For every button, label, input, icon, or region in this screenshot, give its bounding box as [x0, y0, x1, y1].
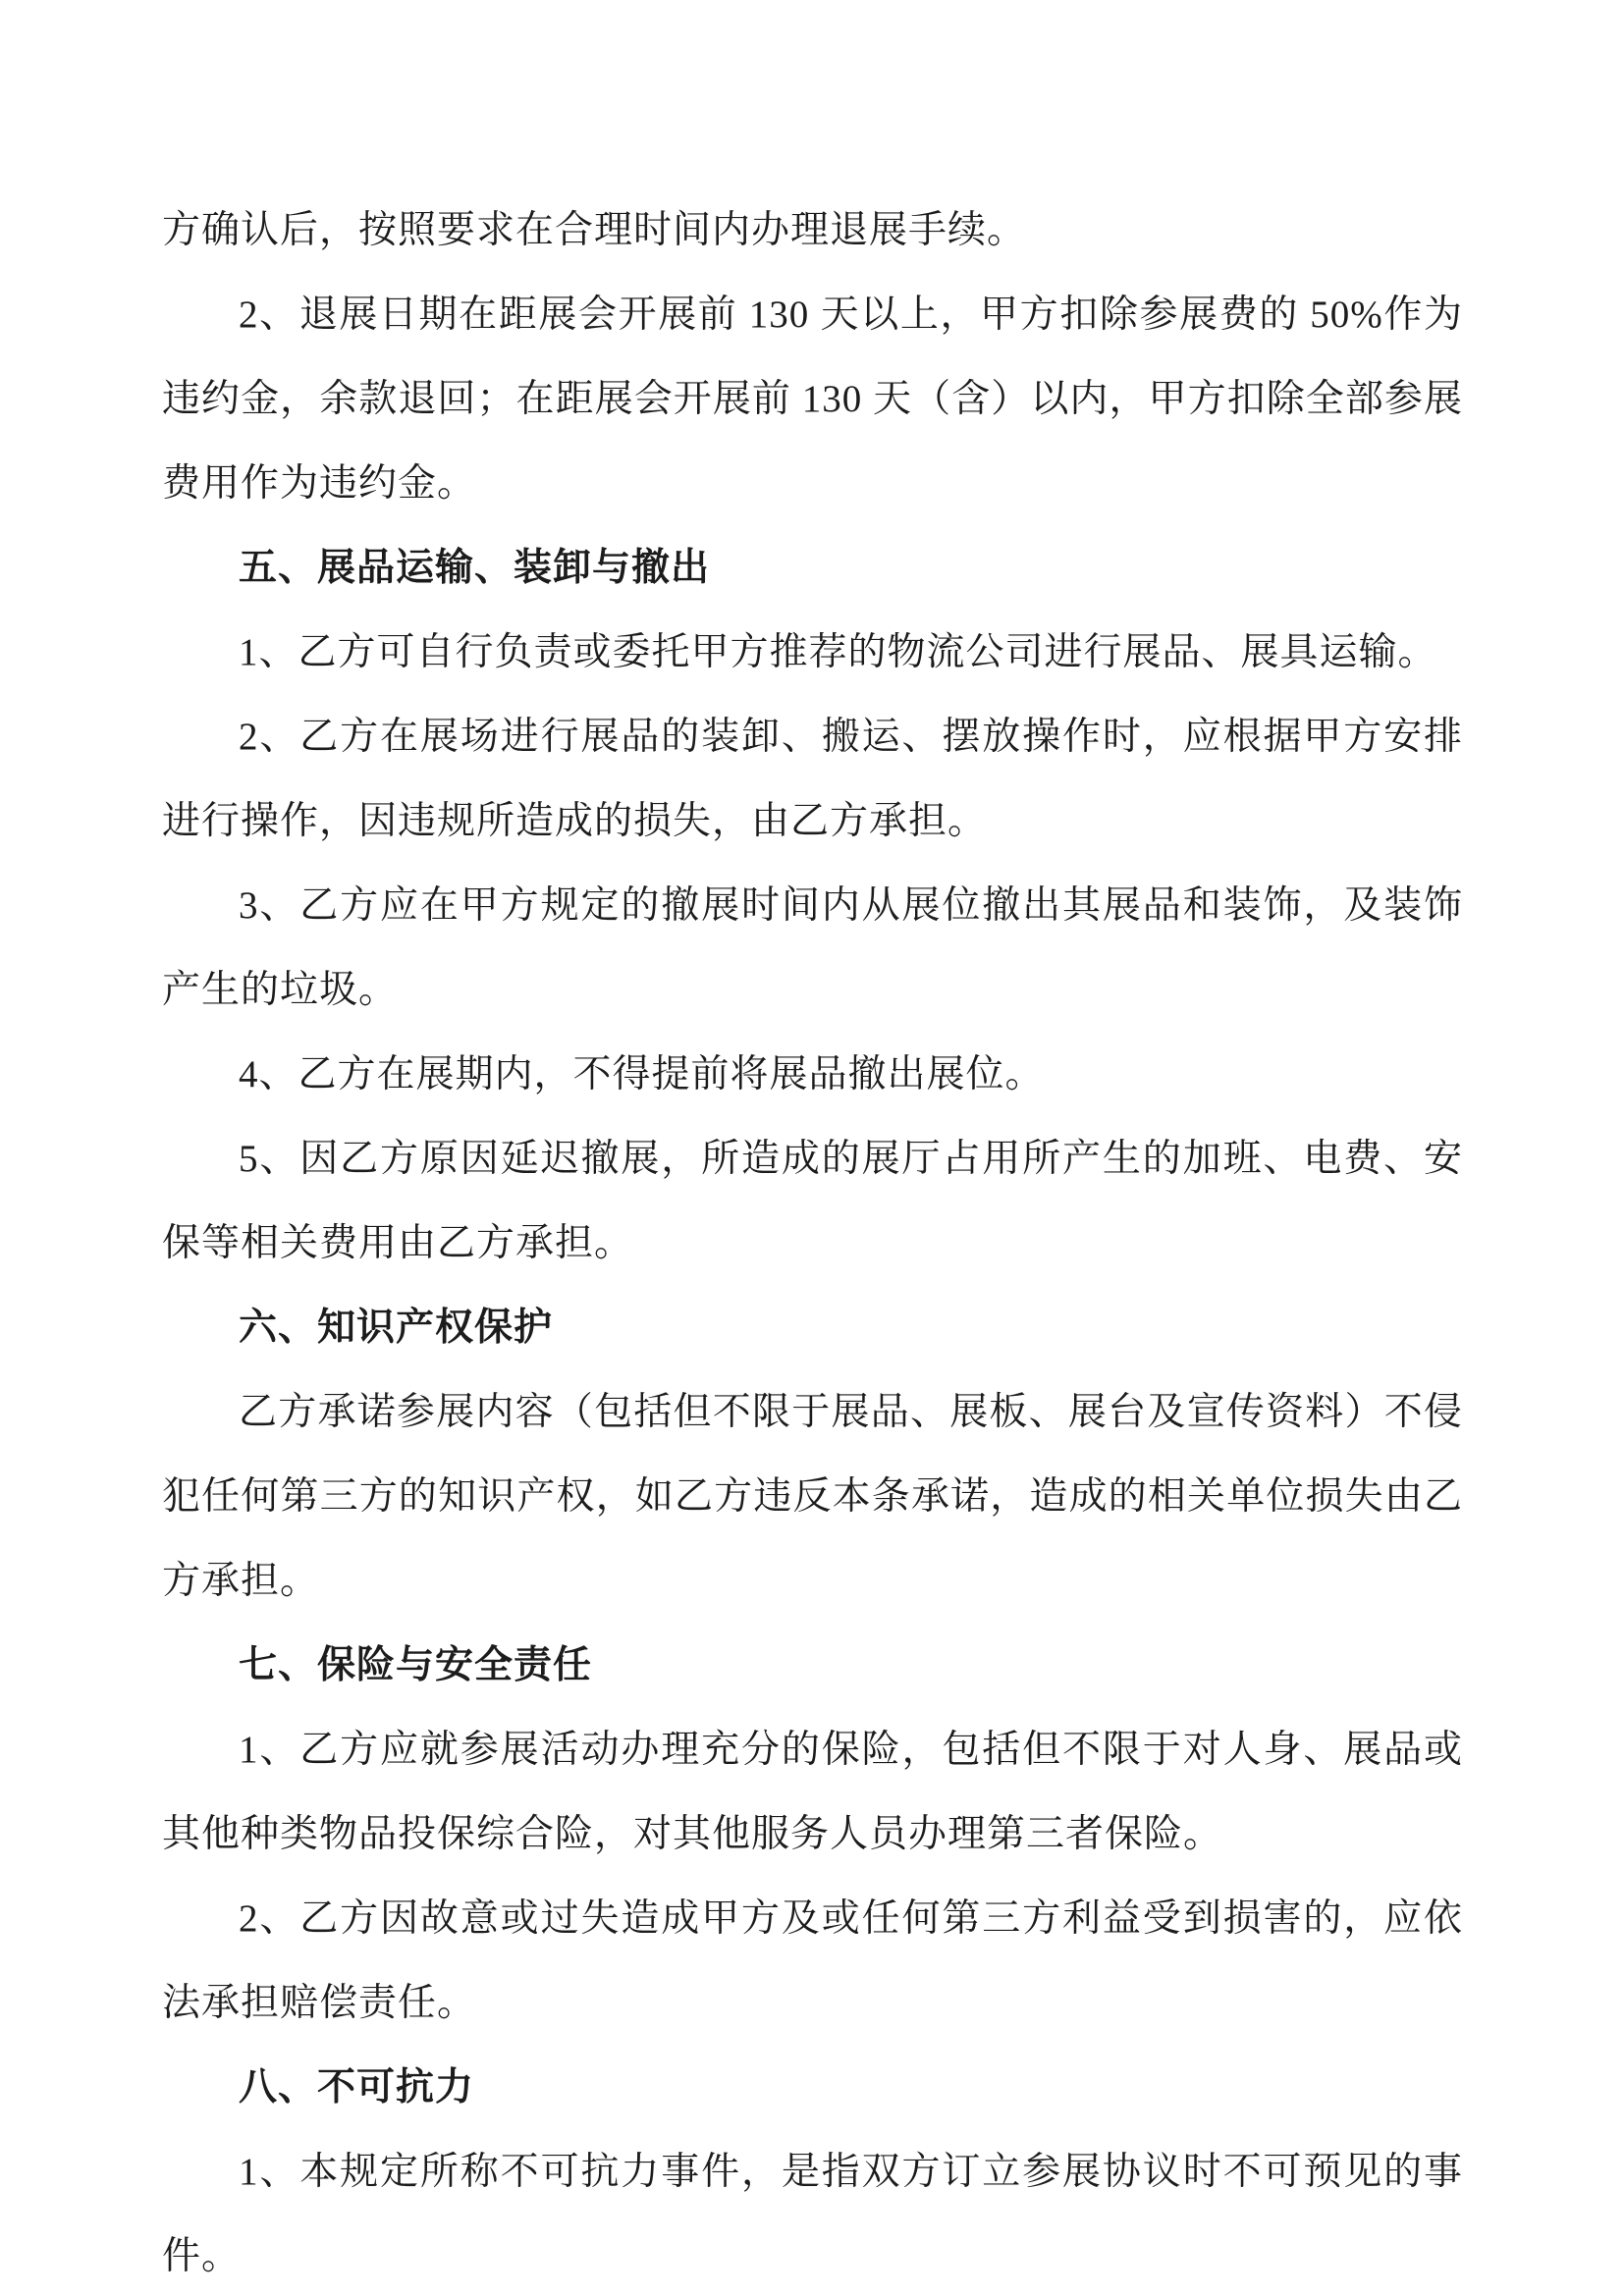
paragraph: 乙方承诺参展内容（包括但不限于展品、展板、展台及宣传资料）不侵犯任何第三方的知识… — [162, 1370, 1463, 1624]
section-heading: 八、不可抗力 — [162, 2046, 1463, 2130]
section-heading: 七、保险与安全责任 — [162, 1624, 1463, 1708]
paragraph: 4、乙方在展期内，不得提前将展品撤出展位。 — [162, 1033, 1463, 1117]
section-heading: 六、知识产权保护 — [162, 1286, 1463, 1370]
paragraph: 2、乙方因故意或过失造成甲方及或任何第三方利益受到损害的，应依法承担赔偿责任。 — [162, 1877, 1463, 2046]
paragraph: 1、本规定所称不可抗力事件，是指双方订立参展协议时不可预见的事件。 — [162, 2130, 1463, 2296]
document-page: 方确认后，按照要求在合理时间内办理退展手续。2、退展日期在距展会开展前 130 … — [0, 0, 1624, 2296]
paragraph: 1、乙方应就参展活动办理充分的保险，包括但不限于对人身、展品或其他种类物品投保综… — [162, 1708, 1463, 1877]
paragraph: 3、乙方应在甲方规定的撤展时间内从展位撤出其展品和装饰，及装饰产生的垃圾。 — [162, 864, 1463, 1033]
section-heading: 五、展品运输、装卸与撤出 — [162, 526, 1463, 611]
paragraph: 1、乙方可自行负责或委托甲方推荐的物流公司进行展品、展具运输。 — [162, 611, 1463, 695]
paragraph: 2、乙方在展场进行展品的装卸、搬运、摆放操作时，应根据甲方安排进行操作，因违规所… — [162, 695, 1463, 864]
paragraph: 2、退展日期在距展会开展前 130 天以上，甲方扣除参展费的 50%作为违约金，… — [162, 273, 1463, 526]
paragraph: 方确认后，按照要求在合理时间内办理退展手续。 — [162, 188, 1463, 273]
paragraph: 5、因乙方原因延迟撤展，所造成的展厅占用所产生的加班、电费、安保等相关费用由乙方… — [162, 1117, 1463, 1286]
